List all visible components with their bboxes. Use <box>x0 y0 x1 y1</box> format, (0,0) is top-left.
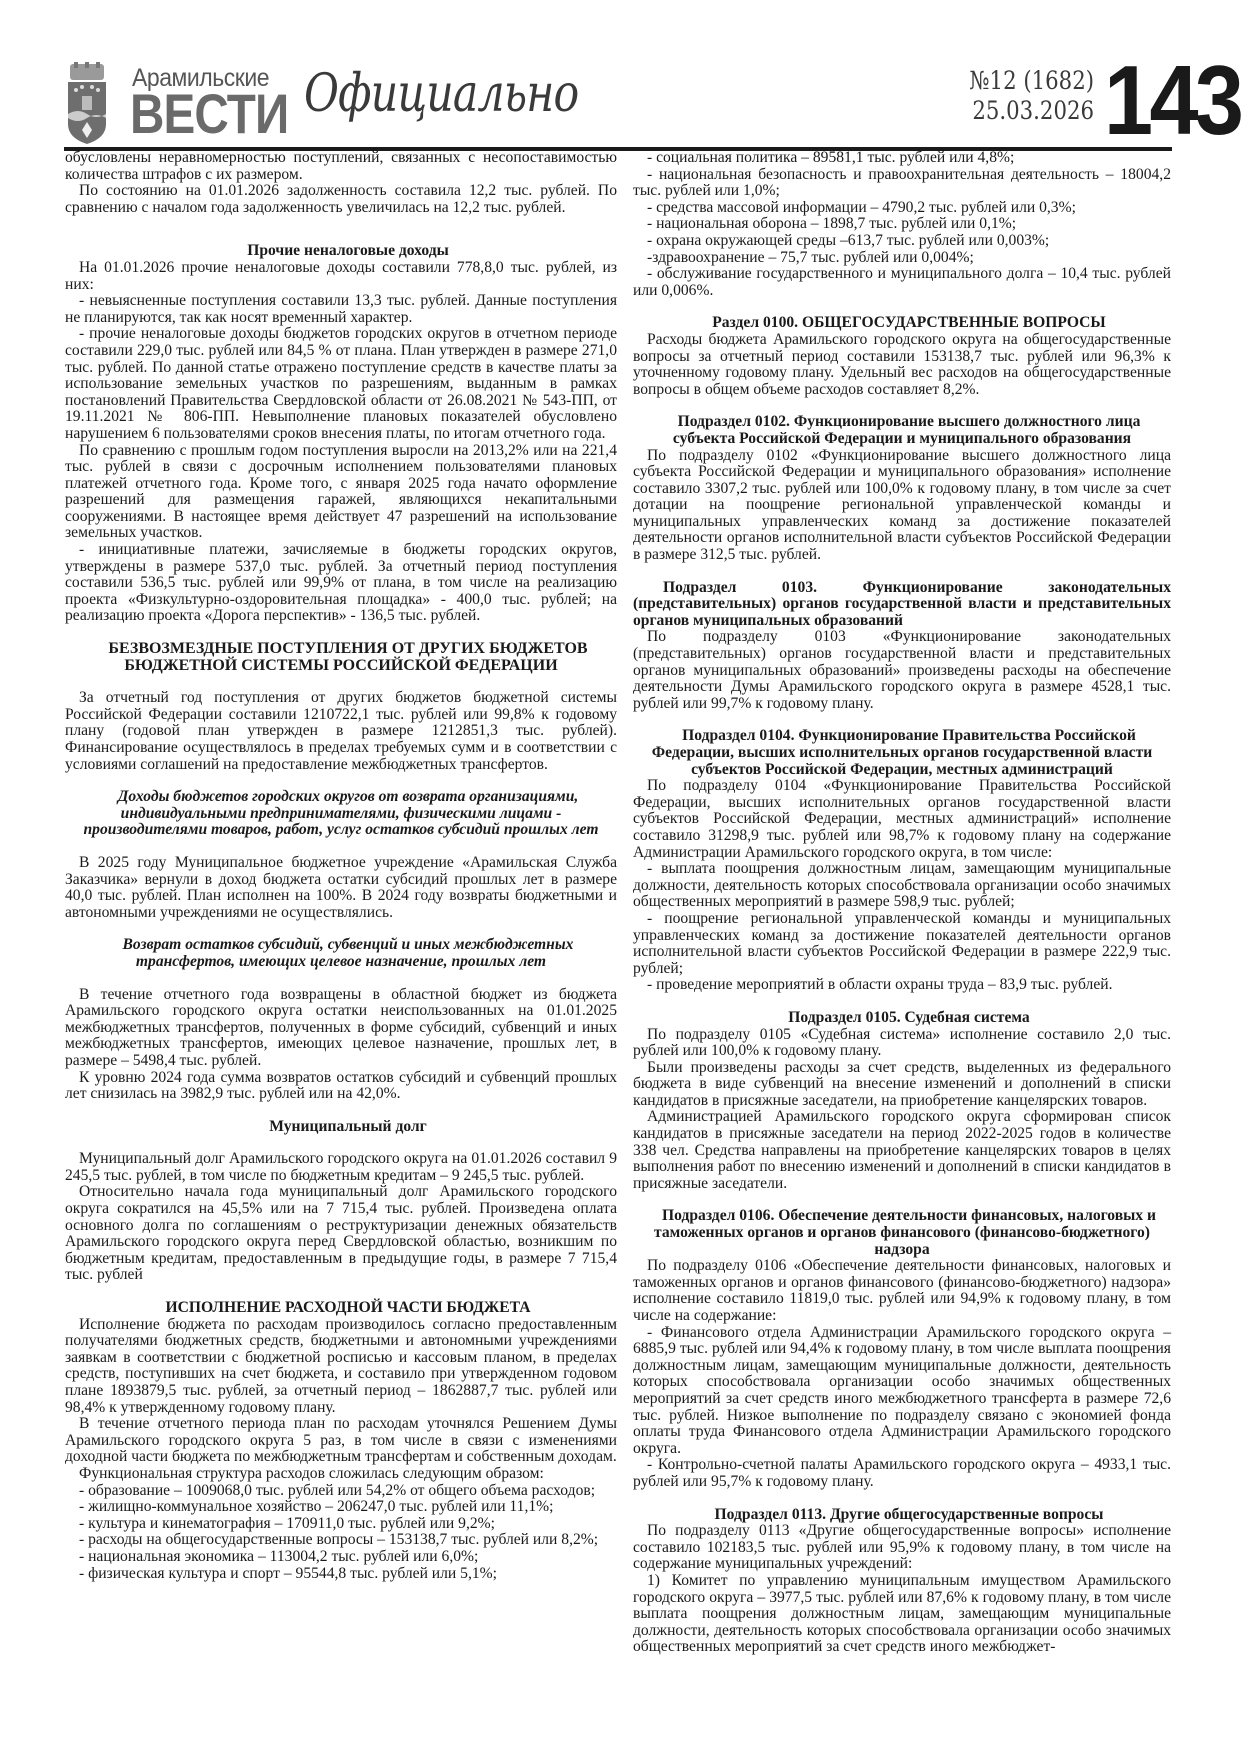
brand-main: ВЕСТИ <box>130 84 288 144</box>
right-column: - социальная политика – 89581,1 тыс. руб… <box>633 150 1171 1656</box>
heading-returns: Доходы бюджетов городских округов от воз… <box>65 789 617 839</box>
heading-subsection-0105: Подраздел 0105. Судебная система <box>633 1010 1171 1027</box>
issue-number: №12 (1682) <box>958 66 1094 96</box>
section-title: Официально <box>304 64 578 124</box>
list-item: - национальная экономика – 113004,2 тыс.… <box>65 1549 617 1566</box>
paragraph: Расходы бюджета Арамильского городского … <box>633 332 1171 398</box>
list-item: - образование – 1009068,0 тыс. рублей ил… <box>65 1483 617 1500</box>
heading-expenditure: ИСПОЛНЕНИЕ РАСХОДНОЙ ЧАСТИ БЮДЖЕТА <box>65 1300 617 1317</box>
heading-municipal-debt: Муниципальный долг <box>65 1119 617 1136</box>
list-item: - расходы на общегосударственные вопросы… <box>65 1532 617 1549</box>
paragraph: - поощрение региональной управленческой … <box>633 911 1171 977</box>
list-item: - социальная политика – 89581,1 тыс. руб… <box>633 150 1171 167</box>
paragraph: 1) Комитет по управлению муниципальным и… <box>633 1573 1171 1656</box>
list-item: -здравоохранение – 75,7 тыс. рублей или … <box>633 250 1171 267</box>
list-item: - культура и кинематография – 170911,0 т… <box>65 1516 617 1533</box>
heading-section-0100: Раздел 0100. ОБЩЕГОСУДАРСТВЕННЫЕ ВОПРОСЫ <box>633 315 1171 332</box>
heading-subsection-0102: Подраздел 0102. Функционирование высшего… <box>633 414 1171 447</box>
paragraph: В течение отчетного периода план по расх… <box>65 1416 617 1466</box>
paragraph: - инициативные платежи, зачисляемые в бю… <box>65 542 617 625</box>
paragraph: Исполнение бюджета по расходам производи… <box>65 1317 617 1417</box>
paragraph: - проведение мероприятий в области охран… <box>633 977 1171 994</box>
paragraph: Администрацией Арамильского городского о… <box>633 1109 1171 1192</box>
paragraph: - Контрольно-счетной палаты Арамильского… <box>633 1457 1171 1490</box>
paragraph: За отчетный год поступления от других бю… <box>65 690 617 773</box>
paragraph: По состоянию на 01.01.2026 задолженность… <box>65 183 617 216</box>
list-item: - национальная оборона – 1898,7 тыс. руб… <box>633 216 1171 233</box>
paragraph: В 2025 году Муниципальное бюджетное учре… <box>65 855 617 921</box>
paragraph: По подразделу 0113 «Другие общегосударст… <box>633 1523 1171 1573</box>
paragraph: - Финансового отдела Администрации Арами… <box>633 1325 1171 1458</box>
paragraph: К уровню 2024 года сумма возвратов остат… <box>65 1070 617 1103</box>
page-number: 143 <box>1104 52 1240 148</box>
paragraph: - выплата поощрения должностным лицам, з… <box>633 861 1171 911</box>
heading-subsection-0106: Подраздел 0106. Обеспечение деятельности… <box>633 1208 1171 1258</box>
heading-free-receipts: БЕЗВОЗМЕЗДНЫЕ ПОСТУПЛЕНИЯ ОТ ДРУГИХ БЮДЖ… <box>65 641 617 674</box>
heading-subsection-0103: Подраздел 0103. Функционирование законод… <box>633 580 1171 630</box>
paragraph: В течение отчетного года возвращены в об… <box>65 987 617 1070</box>
list-item: - физическая культура и спорт – 95544,8 … <box>65 1566 617 1583</box>
issue-info: №12 (1682) 25.03.2026 <box>958 66 1094 126</box>
paragraph: Относительно начала года муниципальный д… <box>65 1184 617 1284</box>
paragraph: По подразделу 0104 «Функционирование Пра… <box>633 778 1171 861</box>
list-item: - обслуживание государственного и муници… <box>633 266 1171 299</box>
list-item: - средства массовой информации – 4790,2 … <box>633 200 1171 217</box>
coat-of-arms-icon <box>66 62 108 144</box>
paragraph: По подразделу 0102 «Функционирование выс… <box>633 448 1171 564</box>
paragraph: Функциональная структура расходов сложил… <box>65 1466 617 1483</box>
paragraph: обусловлены неравномерностью поступлений… <box>65 150 617 183</box>
paragraph: По подразделу 0105 «Судебная система» ис… <box>633 1027 1171 1060</box>
paragraph: По подразделу 0106 «Обеспечение деятельн… <box>633 1258 1171 1324</box>
list-item: - национальная безопасность и правоохран… <box>633 167 1171 200</box>
heading-refunds: Возврат остатков субсидий, субвенций и и… <box>65 937 617 970</box>
heading-subsection-0104: Подраздел 0104. Функционирование Правите… <box>633 728 1171 778</box>
paragraph: На 01.01.2026 прочие неналоговые доходы … <box>65 260 617 293</box>
list-item: - жилищно-коммунальное хозяйство – 20624… <box>65 1499 617 1516</box>
list-item: - охрана окружающей среды –613,7 тыс. ру… <box>633 233 1171 250</box>
paragraph: По подразделу 0103 «Функционирование зак… <box>633 629 1171 712</box>
paragraph: - невыясненные поступления составили 13,… <box>65 293 617 326</box>
issue-date: 25.03.2026 <box>958 96 1094 126</box>
paragraph: Муниципальный долг Арамильского городско… <box>65 1151 617 1184</box>
paragraph: По сравнению с прошлым годом поступления… <box>65 443 617 543</box>
heading-subsection-0113: Подраздел 0113. Другие общегосударственн… <box>633 1507 1171 1524</box>
heading-other-income: Прочие неналоговые доходы <box>65 243 617 260</box>
paragraph: Были произведены расходы за счет средств… <box>633 1060 1171 1110</box>
masthead: Арамильские ВЕСТИ Официально №12 (1682) … <box>64 56 1172 146</box>
paragraph: - прочие неналоговые доходы бюджетов гор… <box>65 326 617 442</box>
left-column: обусловлены неравномерностью поступлений… <box>65 150 617 1582</box>
